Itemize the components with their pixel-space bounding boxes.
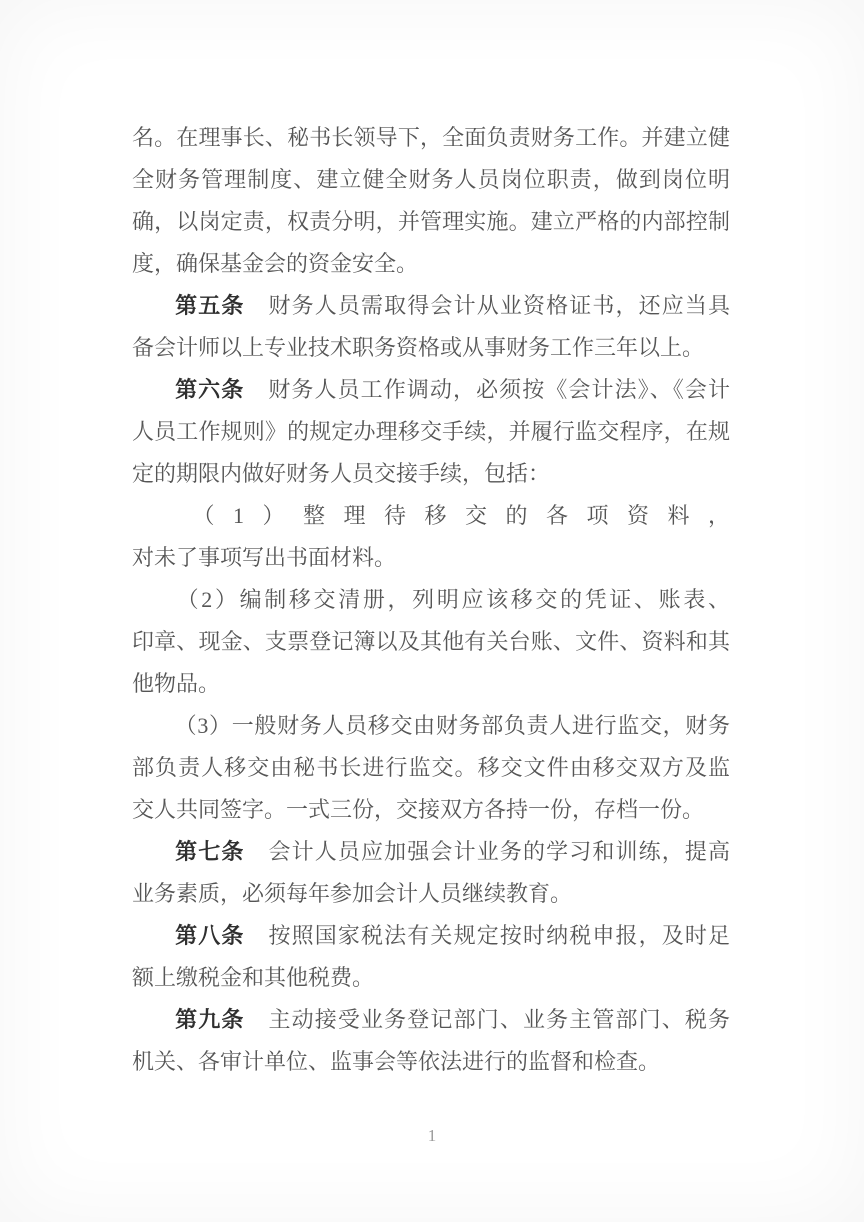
paragraph: （2）编制移交清册，列明应该移交的凭证、账表、印章、现金、支票登记簿以及其他有关…	[132, 579, 730, 705]
text-line: 他物品。	[132, 663, 730, 705]
paragraph: 第七条会计人员应加强会计业务的学习和训练，提高业务素质，必须每年参加会计人员继续…	[132, 831, 730, 915]
line-text: 度，确保基金会的资金安全。	[132, 251, 418, 276]
article-number-heading: 第八条	[174, 923, 245, 948]
text-line: 机关、各审计单位、监事会等依法进行的监督和检查。	[132, 1041, 730, 1083]
first-line-indent	[132, 942, 174, 943]
first-line-indent	[132, 312, 174, 313]
article-number-heading: 第六条	[174, 377, 244, 402]
text-line: 部负责人移交由秘书长进行监交。移交文件由移交双方及监	[132, 747, 730, 789]
line-text: 财务人员工作调动，必须按《会计法》、《会计	[268, 377, 730, 402]
line-text: 机关、各审计单位、监事会等依法进行的监督和检查。	[132, 1049, 660, 1074]
text-line: 名。在理事长、秘书长领导下，全面负责财务工作。并建立健	[132, 117, 730, 159]
text-line: 确，以岗定责，权责分明，并管理实施。建立严格的内部控制	[132, 201, 730, 243]
article-number-heading: 第七条	[174, 839, 245, 864]
text-line: 对未了事项写出书面材料。	[132, 537, 730, 579]
line-text: 交人共同签字。一式三份，交接双方各持一份，存档一份。	[132, 797, 704, 822]
text-line: 定的期限内做好财务人员交接手续，包括：	[132, 453, 730, 495]
text-line: 印章、现金、支票登记簿以及其他有关台账、文件、资料和其	[132, 621, 730, 663]
first-line-indent	[132, 858, 174, 859]
text-line: 备会计师以上专业技术职务资格或从事财务工作三年以上。	[132, 327, 730, 369]
text-line: （1）整理待移交的各项资料，	[132, 495, 730, 537]
text-line: 第九条主动接受业务登记部门、业务主管部门、税务	[132, 999, 730, 1041]
line-text: 他物品。	[132, 671, 220, 696]
paragraph: （1）整理待移交的各项资料，对未了事项写出书面材料。	[132, 495, 730, 579]
paragraph: 第六条财务人员工作调动，必须按《会计法》、《会计人员工作规则》的规定办理移交手续…	[132, 369, 730, 495]
paragraph: （3）一般财务人员移交由财务部负责人进行监交，财务部负责人移交由秘书长进行监交。…	[132, 705, 730, 831]
paragraph: 第九条主动接受业务登记部门、业务主管部门、税务机关、各审计单位、监事会等依法进行…	[132, 999, 730, 1083]
line-text: 部负责人移交由秘书长进行监交。移交文件由移交双方及监	[132, 755, 730, 780]
text-line: （2）编制移交清册，列明应该移交的凭证、账表、	[132, 579, 730, 621]
paragraph: 名。在理事长、秘书长领导下，全面负责财务工作。并建立健全财务管理制度、建立健全财…	[132, 117, 730, 285]
line-text: 确，以岗定责，权责分明，并管理实施。建立严格的内部控制	[132, 209, 730, 234]
text-line: 人员工作规则》的规定办理移交手续，并履行监交程序，在规	[132, 411, 730, 453]
line-text: 定的期限内做好财务人员交接手续，包括：	[132, 461, 550, 486]
line-text: 名。在理事长、秘书长领导下，全面负责财务工作。并建立健	[132, 125, 730, 150]
document-page: 名。在理事长、秘书长领导下，全面负责财务工作。并建立健全财务管理制度、建立健全财…	[0, 0, 864, 1222]
text-line: 额上缴税金和其他税费。	[132, 957, 730, 999]
text-line: 度，确保基金会的资金安全。	[132, 243, 730, 285]
first-line-indent	[132, 732, 174, 733]
text-line: 交人共同签字。一式三份，交接双方各持一份，存档一份。	[132, 789, 730, 831]
text-line: 第六条财务人员工作调动，必须按《会计法》、《会计	[132, 369, 730, 411]
document-body: 名。在理事长、秘书长领导下，全面负责财务工作。并建立健全财务管理制度、建立健全财…	[132, 117, 730, 1083]
line-text: 财务人员需取得会计从业资格证书，还应当具	[269, 293, 730, 318]
first-line-indent	[132, 1026, 174, 1027]
line-text: 印章、现金、支票登记簿以及其他有关台账、文件、资料和其	[132, 629, 730, 654]
line-text: 额上缴税金和其他税费。	[132, 965, 374, 990]
text-line: 第五条财务人员需取得会计从业资格证书，还应当具	[132, 285, 730, 327]
line-text: 按照国家税法有关规定按时纳税申报，及时足	[269, 923, 730, 948]
article-number-heading: 第五条	[174, 293, 245, 318]
text-line: 第八条按照国家税法有关规定按时纳税申报，及时足	[132, 915, 730, 957]
line-text: （1）整理待移交的各项资料，	[174, 503, 730, 528]
first-line-indent	[132, 396, 174, 397]
text-line: 业务素质，必须每年参加会计人员继续教育。	[132, 873, 730, 915]
line-text: 会计人员应加强会计业务的学习和训练，提高	[269, 839, 730, 864]
line-text: 主动接受业务登记部门、业务主管部门、税务	[269, 1007, 730, 1032]
paragraph: 第八条按照国家税法有关规定按时纳税申报，及时足额上缴税金和其他税费。	[132, 915, 730, 999]
line-text: 人员工作规则》的规定办理移交手续，并履行监交程序，在规	[132, 419, 730, 444]
article-number-heading: 第九条	[174, 1007, 245, 1032]
page-number: 1	[0, 1121, 864, 1151]
line-text: 对未了事项写出书面材料。	[132, 545, 396, 570]
line-text: 业务素质，必须每年参加会计人员继续教育。	[132, 881, 572, 906]
line-text: 备会计师以上专业技术职务资格或从事财务工作三年以上。	[132, 335, 704, 360]
line-text: （3）一般财务人员移交由财务部负责人进行监交，财务	[174, 713, 730, 738]
text-line: 全财务管理制度、建立健全财务人员岗位职责，做到岗位明	[132, 159, 730, 201]
text-line: （3）一般财务人员移交由财务部负责人进行监交，财务	[132, 705, 730, 747]
first-line-indent	[132, 606, 174, 607]
paragraph: 第五条财务人员需取得会计从业资格证书，还应当具备会计师以上专业技术职务资格或从事…	[132, 285, 730, 369]
line-text: 全财务管理制度、建立健全财务人员岗位职责，做到岗位明	[132, 167, 730, 192]
first-line-indent	[132, 522, 174, 523]
line-text: （2）编制移交清册，列明应该移交的凭证、账表、	[174, 587, 730, 612]
text-line: 第七条会计人员应加强会计业务的学习和训练，提高	[132, 831, 730, 873]
